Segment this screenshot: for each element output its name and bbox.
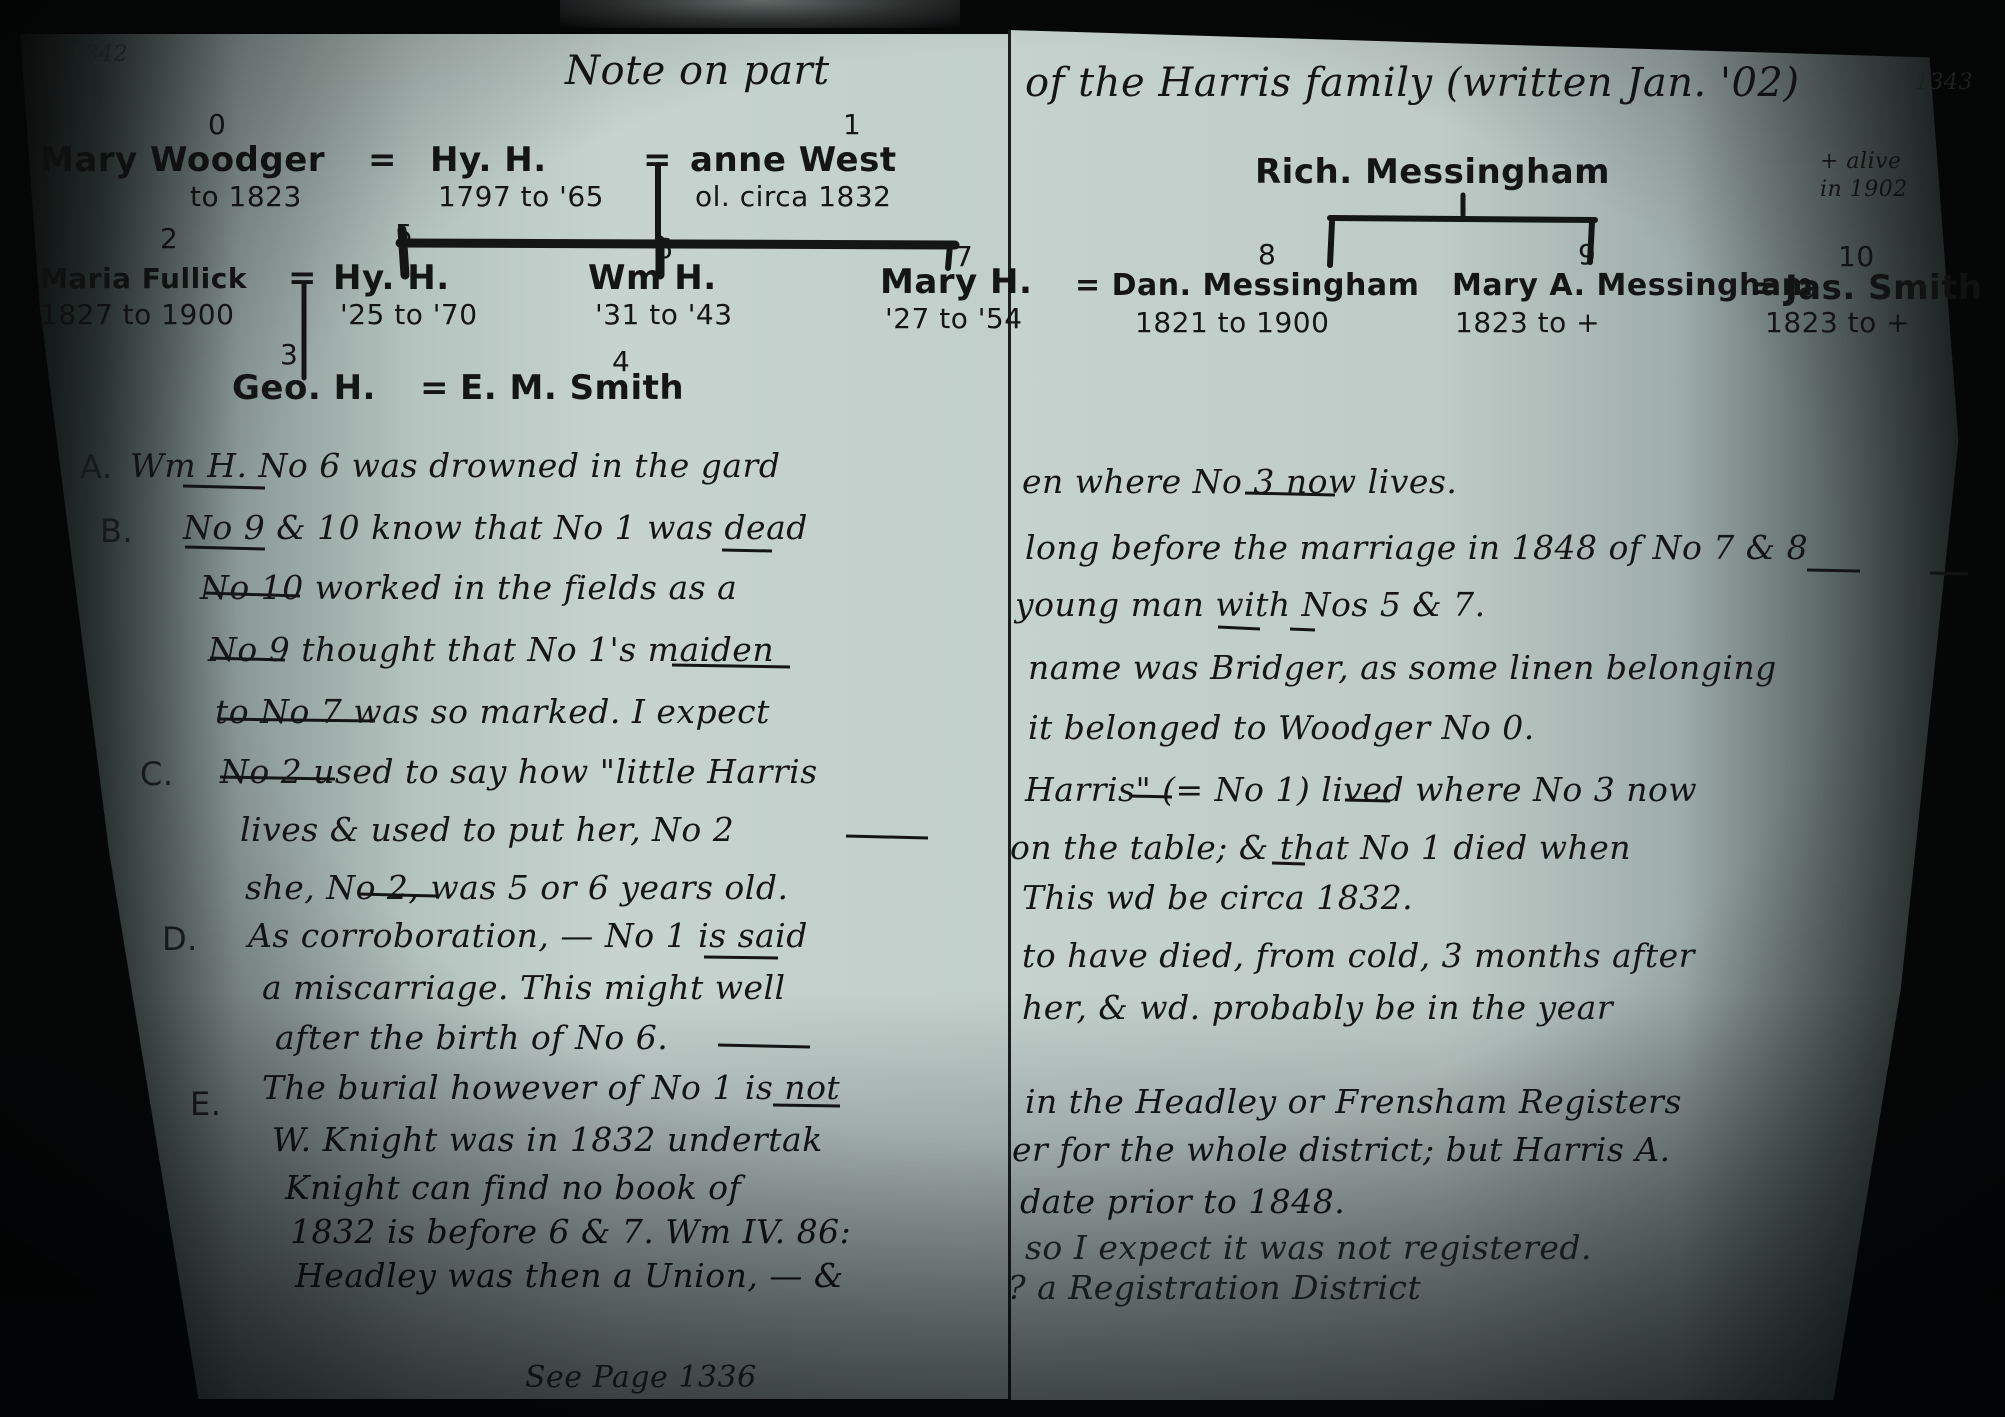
note-marker-c: C. <box>140 755 174 793</box>
tree-marriage-sign: = <box>288 258 317 298</box>
note-line: No 9 thought that No 1's maiden <box>208 630 774 669</box>
note-line: so I expect it was not registered. <box>1025 1228 1592 1267</box>
tree-person-dan-messingham-name: Dan. Messingham <box>1112 268 1420 303</box>
tree-dates-mary-a-messingham: 1823 to + <box>1455 306 1600 339</box>
note-line: date prior to 1848. <box>1020 1182 1345 1221</box>
note-line: 1832 is before 6 & 7. Wm IV. 86: <box>290 1212 851 1251</box>
note-line: her, & wd. probably be in the year <box>1022 988 1613 1027</box>
tree-person-anne-west: anne West <box>690 140 897 180</box>
note-line: Wm H. No 6 was drowned in the gard <box>130 446 780 485</box>
tree-person-wm-h: Wm H. <box>588 258 717 298</box>
note-line: Headley was then a Union, — & <box>295 1256 844 1295</box>
title-left: Note on part <box>565 48 830 94</box>
page-number-left: 1342 <box>70 42 128 67</box>
title-right: of the Harris family (written Jan. '02) <box>1025 60 1799 106</box>
note-line: W. Knight was in 1832 undertak <box>272 1120 823 1159</box>
tree-number-8: 8 <box>1258 238 1276 271</box>
tree-person-hy-h: Hy. H. <box>333 258 450 298</box>
tree-number-1: 1 <box>843 108 861 141</box>
note-line: No 10 worked in the fields as a <box>200 568 737 607</box>
tree-dates-anne-west: ol. circa 1832 <box>695 180 892 213</box>
note-line: ? a Registration District <box>1008 1268 1421 1307</box>
note-line: This wd be circa 1832. <box>1022 878 1413 917</box>
note-line: in the Headley or Frensham Registers <box>1025 1082 1682 1121</box>
tree-person-mary-woodger: Mary Woodger <box>40 140 325 180</box>
note-marker-a: A. <box>80 448 113 486</box>
tree-person-geo-h: Geo. H. <box>232 368 376 408</box>
note-line: Harris" (= No 1) lived where No 3 now <box>1025 770 1697 809</box>
page-gutter <box>1008 30 1011 1400</box>
footer-see-page: See Page 1336 <box>525 1360 757 1395</box>
note-line: young man with Nos 5 & 7. <box>1015 585 1486 624</box>
page-number-right: 1343 <box>1915 70 1973 95</box>
note-line: No 9 & 10 know that No 1 was dead <box>183 508 808 547</box>
note-line: No 2 used to say how "little Harris <box>220 752 818 791</box>
tree-number-2: 2 <box>160 222 178 255</box>
tree-person-e-m-smith: E. M. Smith <box>460 368 684 408</box>
note-marker-b: B. <box>100 512 133 550</box>
tree-number-0: 0 <box>208 108 226 141</box>
tree-marriage-sign: = <box>643 140 672 180</box>
tree-dates-wm-h: '31 to '43 <box>595 298 733 331</box>
note-line: name was Bridger, as some linen belongin… <box>1028 648 1777 687</box>
note-line: long before the marriage in 1848 of No 7… <box>1025 528 1808 567</box>
tree-dates-mary-woodger: to 1823 <box>190 180 302 213</box>
tree-person-rich-messingham: Rich. Messingham <box>1255 152 1610 192</box>
note-line: to have died, from cold, 3 months after <box>1022 936 1695 975</box>
tree-marriage-sign: = <box>368 140 397 180</box>
tree-marriage-sign: = <box>420 368 449 408</box>
note-line: As corroboration, — No 1 is said <box>248 916 808 955</box>
note-line: lives & used to put her, No 2 <box>240 810 734 849</box>
tree-marriage-sign: = <box>1750 268 1779 308</box>
tree-dates-maria-fullick: 1827 to 1900 <box>40 298 234 331</box>
tree-person-dan-messingham: = Dan. Messingham <box>1075 268 1419 303</box>
tree-dates-jas-smith: 1823 to + <box>1765 306 1910 339</box>
top-shadow <box>560 0 960 28</box>
note-marker-d: D. <box>162 920 198 958</box>
note-line: on the table; & that No 1 died when <box>1010 828 1631 867</box>
tree-dates-hy-h: '25 to '70 <box>340 298 478 331</box>
note-line: en where No 3 now lives. <box>1022 462 1457 501</box>
note-line: after the birth of No 6. <box>275 1018 668 1057</box>
note-line: it belonged to Woodger No 0. <box>1028 708 1535 747</box>
note-line: Knight can find no book of <box>285 1168 741 1207</box>
tree-dates-hy-h-senior: 1797 to '65 <box>438 180 604 213</box>
tree-number-9: 9 <box>1578 238 1596 271</box>
note-marker-e: E. <box>190 1085 221 1123</box>
tree-dates-mary-h: '27 to '54 <box>885 302 1023 335</box>
tree-person-hy-h-senior: Hy. H. <box>430 140 547 180</box>
tree-number-3: 3 <box>280 338 298 371</box>
tree-number-5: 5 <box>395 218 413 251</box>
note-line: er for the whole district; but Harris A. <box>1012 1130 1671 1169</box>
tree-person-mary-h: Mary H. <box>880 262 1032 302</box>
tree-note-alive-1902: + alive in 1902 <box>1820 148 1930 204</box>
tree-person-jas-smith: Jas. Smith <box>1785 268 1983 308</box>
note-line: to No 7 was so marked. I expect <box>215 692 770 731</box>
note-line: she, No 2, was 5 or 6 years old. <box>245 868 788 907</box>
tree-dates-dan-messingham: 1821 to 1900 <box>1135 306 1329 339</box>
note-line: a miscarriage. This might well <box>262 968 786 1007</box>
note-line: The burial however of No 1 is not <box>262 1068 840 1107</box>
tree-person-maria-fullick: Maria Fullick <box>40 262 247 295</box>
